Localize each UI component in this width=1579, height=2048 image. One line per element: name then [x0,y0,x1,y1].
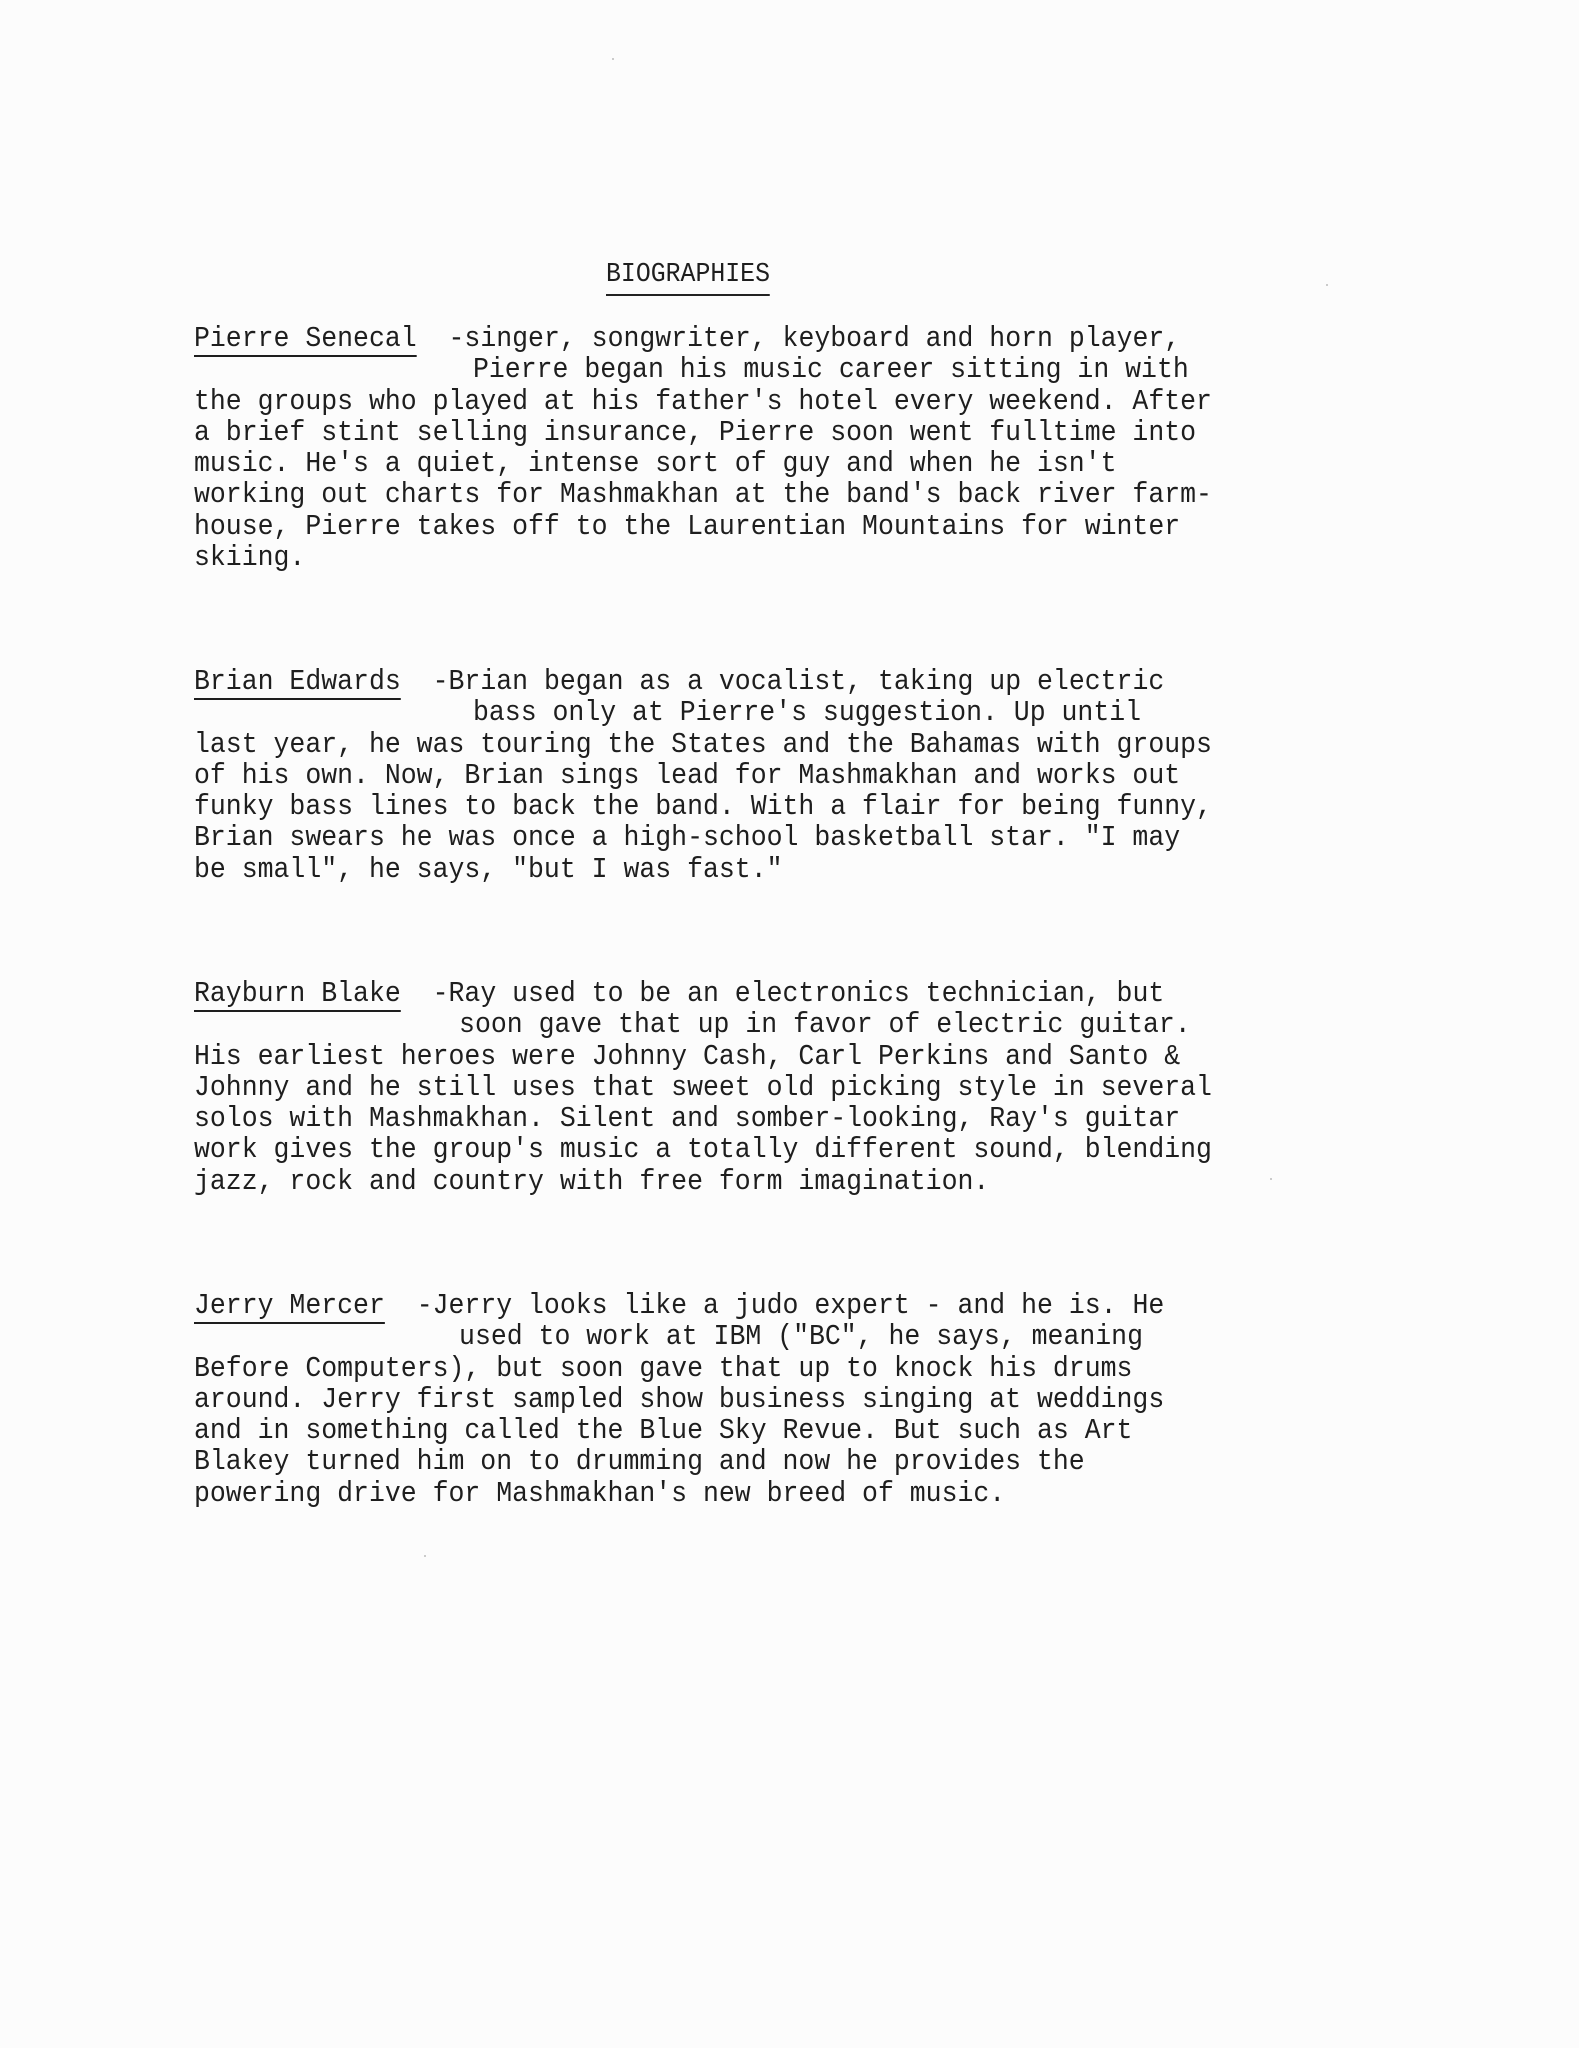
bio-jerry-mercer: Jerry Mercer -Jerry looks like a judo ex… [194,1290,1444,1509]
bio-brian-edwards: Brian Edwards -Brian began as a vocalist… [194,666,1444,885]
bio-name: Pierre Senecal [194,322,417,355]
bio-name: Rayburn Blake [194,977,401,1010]
bio-first-line: Rayburn Blake -Ray used to be an electro… [194,978,1357,1009]
bio-name: Brian Edwards [194,665,401,698]
paper-speck [1270,1178,1272,1180]
bio-first-line: Brian Edwards -Brian began as a vocalist… [194,666,1357,697]
document-title: BIOGRAPHIES [606,258,770,296]
paper-speck [612,58,614,60]
bio-first-line: Pierre Senecal -singer, songwriter, keyb… [194,323,1357,354]
bio-pierre-senecal: Pierre Senecal -singer, songwriter, keyb… [194,323,1444,573]
bio-name: Jerry Mercer [194,1289,385,1322]
bio-rayburn-blake: Rayburn Blake -Ray used to be an electro… [194,978,1444,1197]
bio-first-line: Jerry Mercer -Jerry looks like a judo ex… [194,1290,1357,1321]
paper-speck [424,1555,426,1557]
document-page: BIOGRAPHIES Pierre Senecal -singer, song… [0,0,1579,2048]
paper-speck [1326,284,1328,286]
